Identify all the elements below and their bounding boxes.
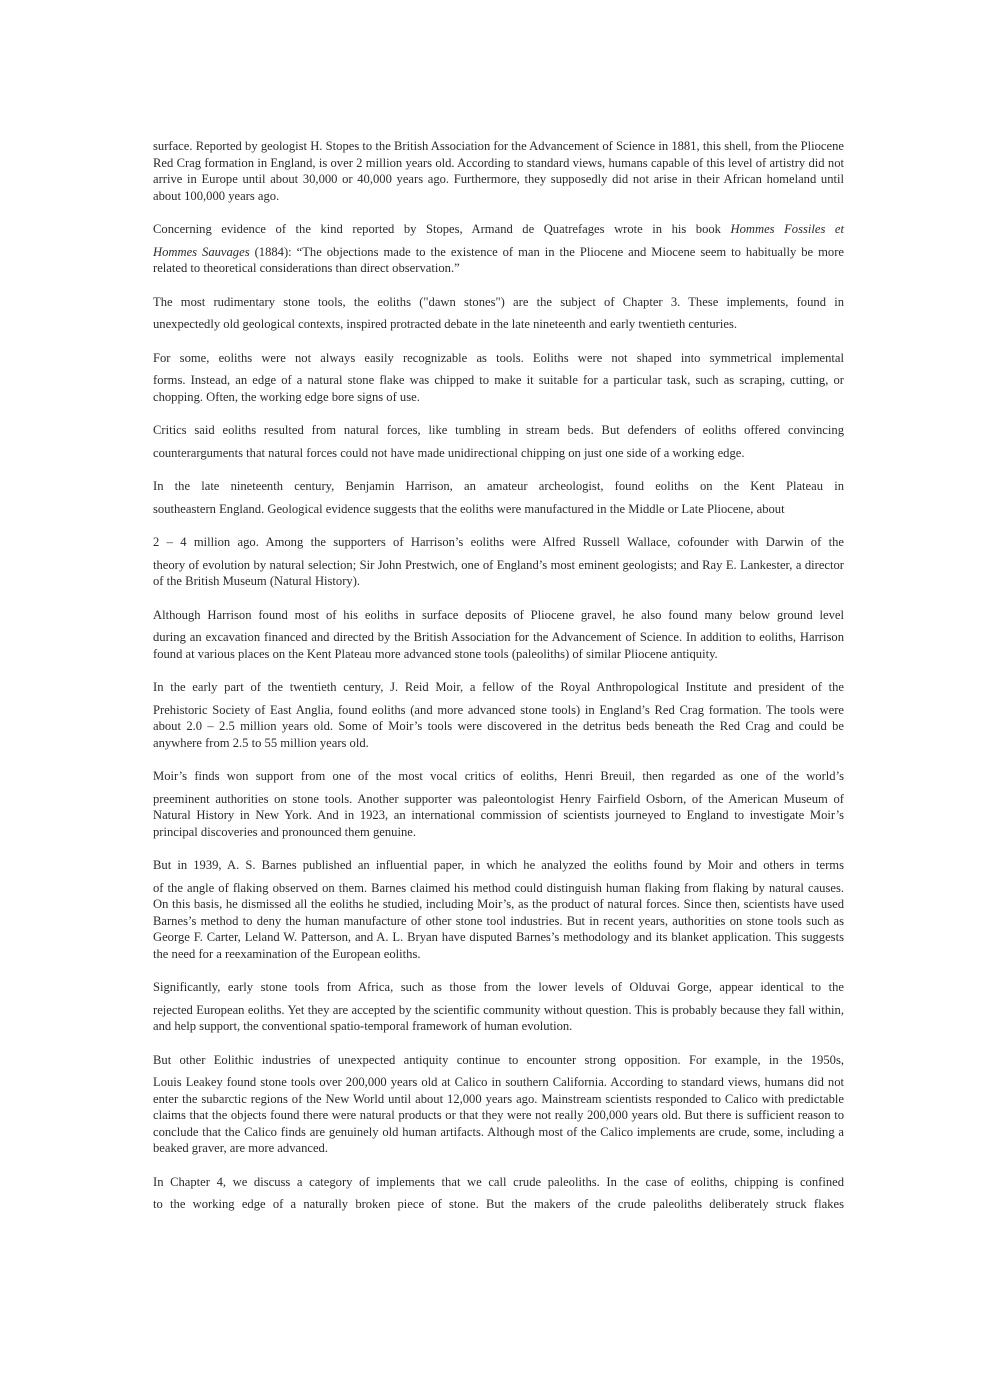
- paragraph-text: surface. Reported by geologist H. Stopes…: [153, 139, 844, 203]
- paragraph-text: (1884): “The objections made to the exis…: [153, 245, 844, 276]
- paragraph-text: preeminent authorities on stone tools. A…: [153, 792, 844, 839]
- paragraph-first-line: Significantly, early stone tools from Af…: [153, 979, 844, 996]
- paragraph-first-line: In Chapter 4, we discuss a category of i…: [153, 1174, 844, 1191]
- paragraph-text: to the working edge of a naturally broke…: [153, 1196, 844, 1213]
- paragraph-text: of the angle of flaking observed on them…: [153, 881, 844, 961]
- paragraph-first-line: In the early part of the twentieth centu…: [153, 679, 844, 696]
- paragraph-first-line: For some, eoliths were not always easily…: [153, 350, 844, 367]
- paragraph-first-line: Concerning evidence of the kind reported…: [153, 221, 844, 238]
- paragraph-quatrefages: Concerning evidence of the kind reported…: [153, 221, 844, 277]
- paragraph-first-line: 2 – 4 million ago. Among the supporters …: [153, 534, 844, 551]
- paragraph-first-line: But other Eolithic industries of unexpec…: [153, 1052, 844, 1069]
- paragraph-harrison-supporters: 2 – 4 million ago. Among the supporters …: [153, 534, 844, 590]
- paragraph-text: during an excavation financed and direct…: [153, 630, 844, 661]
- paragraph-first-line: The most rudimentary stone tools, the eo…: [153, 294, 844, 311]
- paragraph-first-line: Moir’s finds won support from one of the…: [153, 768, 844, 785]
- document-page: surface. Reported by geologist H. Stopes…: [153, 138, 844, 1230]
- paragraph-text: Prehistoric Society of East Anglia, foun…: [153, 703, 844, 750]
- paragraph-africa-tools: Significantly, early stone tools from Af…: [153, 979, 844, 1035]
- paragraph-stopes-shell: surface. Reported by geologist H. Stopes…: [153, 138, 844, 204]
- paragraph-first-line: But in 1939, A. S. Barnes published an i…: [153, 857, 844, 874]
- paragraph-moir: In the early part of the twentieth centu…: [153, 679, 844, 751]
- paragraph-text: Louis Leakey found stone tools over 200,…: [153, 1075, 844, 1155]
- book-title: Hommes Fossiles et: [731, 222, 844, 236]
- paragraph-barnes: But in 1939, A. S. Barnes published an i…: [153, 857, 844, 962]
- paragraph-critics: Critics said eoliths resulted from natur…: [153, 422, 844, 461]
- paragraph-first-line: Although Harrison found most of his eoli…: [153, 607, 844, 624]
- paragraph-text: southeastern England. Geological evidenc…: [153, 502, 785, 516]
- paragraph-harrison-excavation: Although Harrison found most of his eoli…: [153, 607, 844, 663]
- paragraph-text: theory of evolution by natural selection…: [153, 558, 844, 589]
- paragraph-text: unexpectedly old geological contexts, in…: [153, 317, 737, 331]
- paragraph-text: Concerning evidence of the kind reported…: [153, 222, 731, 236]
- paragraph-calico: But other Eolithic industries of unexpec…: [153, 1052, 844, 1157]
- paragraph-moir-support: Moir’s finds won support from one of the…: [153, 768, 844, 840]
- paragraph-eoliths-intro: The most rudimentary stone tools, the eo…: [153, 294, 844, 333]
- paragraph-crude-paleoliths: In Chapter 4, we discuss a category of i…: [153, 1174, 844, 1213]
- paragraph-text: counterarguments that natural forces cou…: [153, 446, 745, 460]
- paragraph-first-line: Critics said eoliths resulted from natur…: [153, 422, 844, 439]
- paragraph-harrison: In the late nineteenth century, Benjamin…: [153, 478, 844, 517]
- paragraph-first-line: In the late nineteenth century, Benjamin…: [153, 478, 844, 495]
- paragraph-eoliths-recognition: For some, eoliths were not always easily…: [153, 350, 844, 406]
- book-title: Hommes Sauvages: [153, 245, 250, 259]
- paragraph-text: rejected European eoliths. Yet they are …: [153, 1003, 844, 1034]
- paragraph-text: forms. Instead, an edge of a natural sto…: [153, 373, 844, 404]
